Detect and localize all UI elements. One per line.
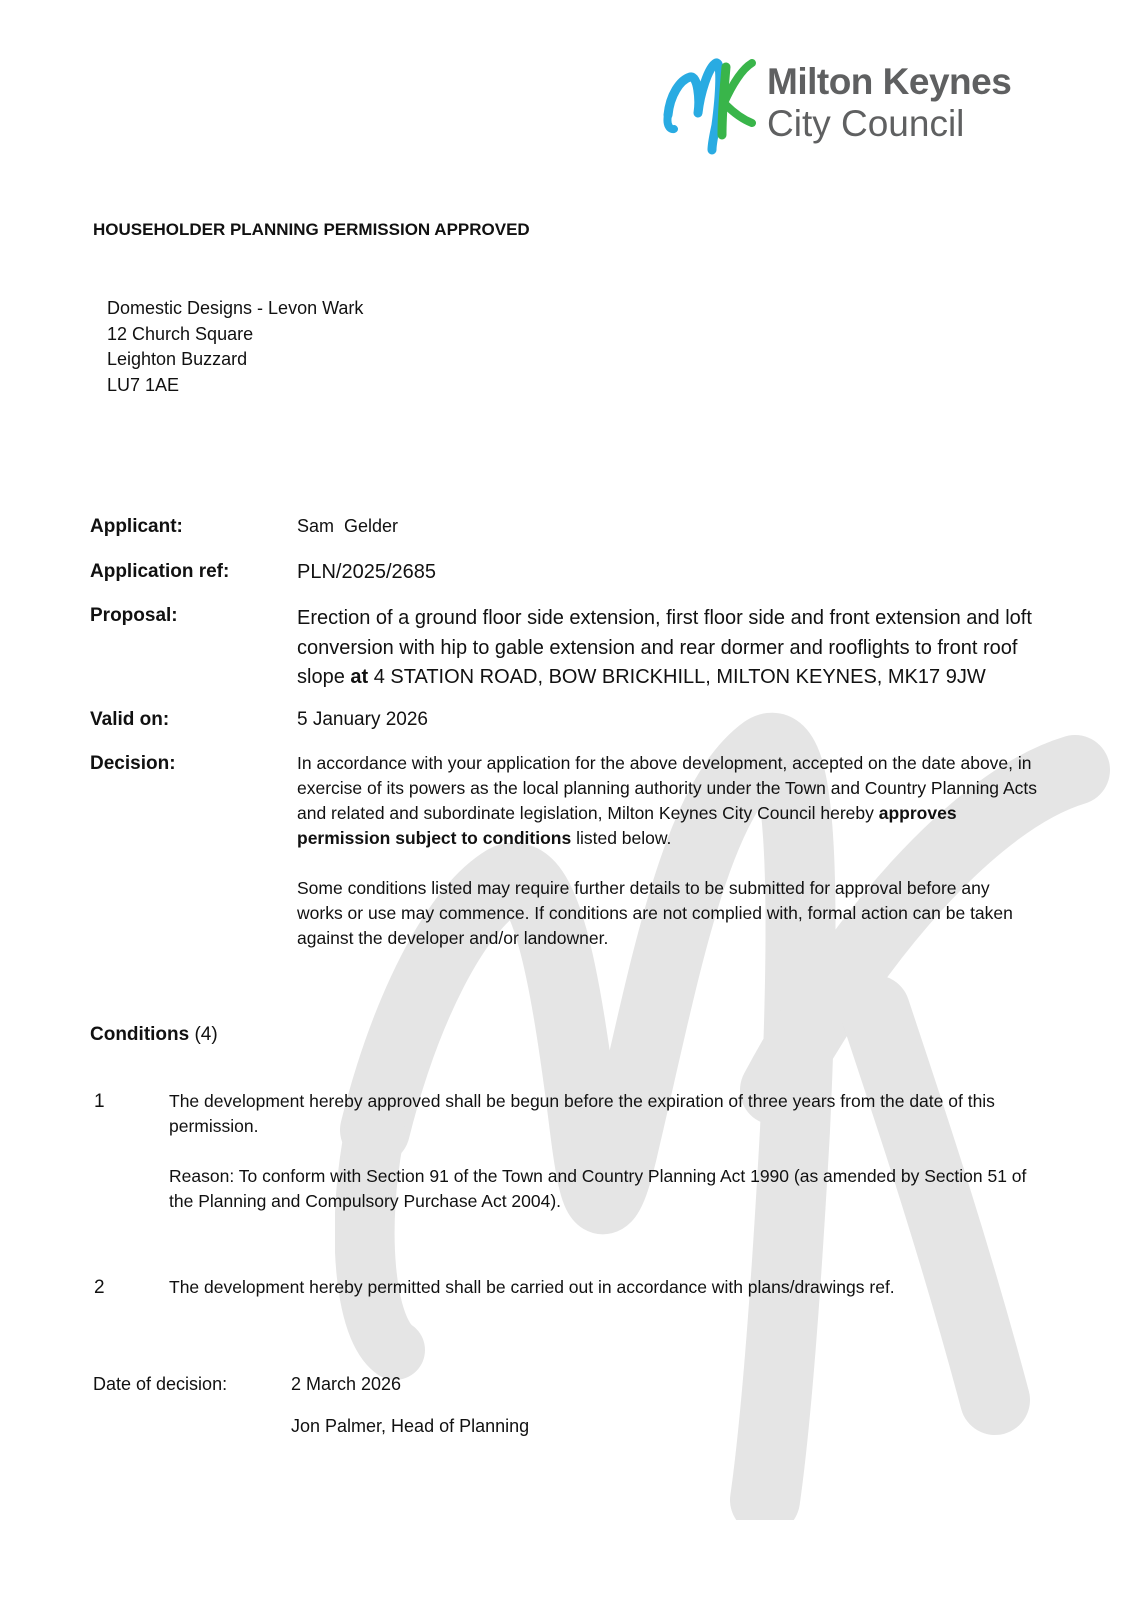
proposal-label: Proposal: <box>90 605 178 627</box>
signatory: Jon Palmer, Head of Planning <box>291 1416 529 1437</box>
conditions-count: (4) <box>194 1024 217 1045</box>
logo-name-line2: City Council <box>767 103 964 145</box>
condition-number: 1 <box>94 1091 105 1113</box>
condition-text: The development hereby approved shall be… <box>169 1089 1039 1139</box>
council-logo: Milton Keynes City Council <box>660 55 1050 155</box>
applicant-label: Applicant: <box>90 516 183 538</box>
decision-paragraph: In accordance with your application for … <box>297 751 1037 851</box>
address-line: LU7 1AE <box>107 373 363 399</box>
logo-name-line1: Milton Keynes <box>767 61 1011 103</box>
conditions-heading-label: Conditions <box>90 1024 189 1045</box>
date-of-decision-label: Date of decision: <box>93 1374 227 1395</box>
condition-item: The development hereby approved shall be… <box>169 1089 1039 1239</box>
address-line: 12 Church Square <box>107 322 363 348</box>
condition-number: 2 <box>94 1277 105 1299</box>
application-ref-value: PLN/2025/2685 <box>297 561 436 584</box>
applicant-value: Sam Gelder <box>297 516 398 537</box>
recipient-address: Domestic Designs - Levon Wark 12 Church … <box>107 296 363 398</box>
proposal-address: 4 STATION ROAD, BOW BRICKHILL, MILTON KE… <box>374 666 986 688</box>
condition-reason: Reason: To conform with Section 91 of th… <box>169 1164 1039 1214</box>
decision-label: Decision: <box>90 753 176 775</box>
mk-logo-icon <box>660 55 760 155</box>
valid-on-label: Valid on: <box>90 709 169 731</box>
valid-on-value: 5 January 2026 <box>297 709 428 731</box>
document-title: HOUSEHOLDER PLANNING PERMISSION APPROVED <box>93 220 530 240</box>
conditions-heading: Conditions (4) <box>90 1024 218 1046</box>
condition-item: The development hereby permitted shall b… <box>169 1275 1039 1325</box>
proposal-value: Erection of a ground floor side extensio… <box>297 604 1047 693</box>
application-ref-label: Application ref: <box>90 561 229 583</box>
decision-para1-post: listed below. <box>576 828 671 848</box>
decision-paragraph: Some conditions listed may require furth… <box>297 876 1037 951</box>
proposal-at: at <box>350 666 368 688</box>
condition-text: The development hereby permitted shall b… <box>169 1275 1039 1300</box>
decision-text: In accordance with your application for … <box>297 751 1037 976</box>
address-line: Leighton Buzzard <box>107 347 363 373</box>
address-line: Domestic Designs - Levon Wark <box>107 296 363 322</box>
date-of-decision-value: 2 March 2026 <box>291 1374 401 1395</box>
